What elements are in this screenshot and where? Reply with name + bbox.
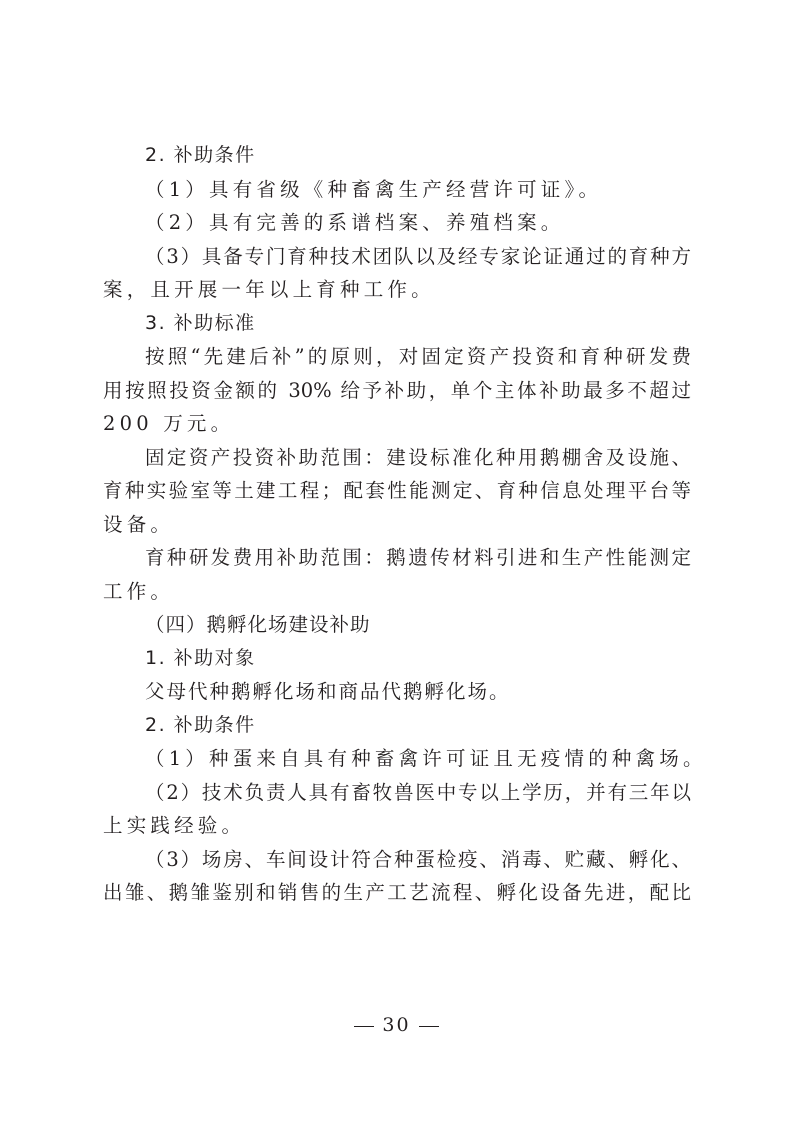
heading-subsidy-conditions: 2. 补助条件: [103, 139, 691, 173]
paragraph-line: 案，且开展一年以上育种工作。: [103, 273, 691, 307]
paragraph-line: 出雏、鹅雏鉴别和销售的生产工艺流程、孵化设备先进，配比: [103, 876, 691, 910]
paragraph-line: 200 万元。: [103, 407, 691, 441]
heading-subsidy-standard: 3. 补助标准: [103, 307, 691, 341]
paragraph-line: 用按照投资金额的 30% 给予补助，单个主体补助最多不超过: [103, 374, 691, 408]
page-number: 30: [0, 1014, 793, 1036]
page-number-value: 30: [382, 1014, 410, 1036]
dash-left: [354, 1026, 374, 1027]
paragraph-line: 父母代种鹅孵化场和商品代鹅孵化场。: [103, 675, 691, 709]
dash-right: [419, 1026, 439, 1027]
paragraph-line: （1）种蛋来自具有种畜禽许可证且无疫情的种禽场。: [103, 742, 691, 776]
paragraph-line: （2）技术负责人具有畜牧兽医中专以上学历，并有三年以: [103, 776, 691, 810]
paragraph-line: 上实践经验。: [103, 809, 691, 843]
document-page: 2. 补助条件 （1）具有省级《种畜禽生产经营许可证》。 （2）具有完善的系谱档…: [0, 0, 793, 1122]
heading-subsidy-target: 1. 补助对象: [103, 642, 691, 676]
paragraph-line: 固定资产投资补助范围：建设标准化种用鹅棚舍及设施、: [103, 441, 691, 475]
paragraph-line: （3）场房、车间设计符合种蛋检疫、消毒、贮藏、孵化、: [103, 843, 691, 877]
paragraph-line: 设备。: [103, 508, 691, 542]
paragraph-line: （1）具有省级《种畜禽生产经营许可证》。: [103, 173, 691, 207]
document-body: 2. 补助条件 （1）具有省级《种畜禽生产经营许可证》。 （2）具有完善的系谱档…: [103, 139, 691, 910]
section-heading-hatchery: （四）鹅孵化场建设补助: [103, 608, 691, 642]
paragraph-line: （3）具备专门育种技术团队以及经专家论证通过的育种方: [103, 240, 691, 274]
paragraph-line: 育种实验室等土建工程；配套性能测定、育种信息处理平台等: [103, 474, 691, 508]
paragraph-line: 育种研发费用补助范围：鹅遗传材料引进和生产性能测定: [103, 541, 691, 575]
paragraph-line: （2）具有完善的系谱档案、养殖档案。: [103, 206, 691, 240]
paragraph-line: 按照“先建后补”的原则，对固定资产投资和育种研发费: [103, 340, 691, 374]
heading-subsidy-conditions-2: 2. 补助条件: [103, 709, 691, 743]
paragraph-line: 工作。: [103, 575, 691, 609]
